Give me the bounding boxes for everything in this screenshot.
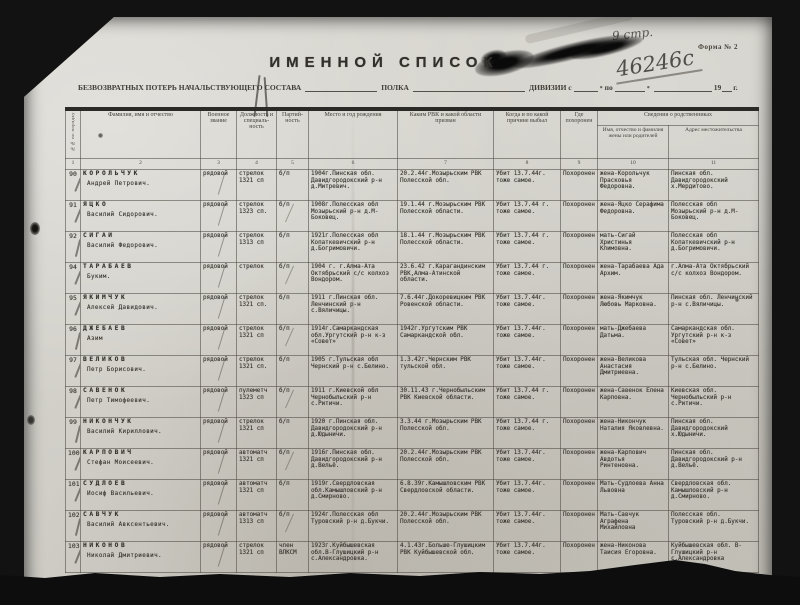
blank-underline: [305, 83, 377, 92]
given-name-text: Василий Федорович.: [83, 243, 198, 250]
name-cell: СИГАЙ Василий Федорович.: [81, 232, 201, 263]
given-name-text: Буким.: [83, 274, 198, 281]
row-number-cell: 98: [66, 387, 81, 418]
address-cell: Полесская обл Копаткевичский р-н д.Богри…: [669, 232, 759, 263]
rank-cell: рядовой: [201, 449, 237, 480]
relative-cell: Мать-Судлоева Анна Львовна: [598, 480, 669, 511]
duty-cell: стрелок 1321 сп: [237, 325, 277, 356]
fate-line2: тоже самое.: [496, 519, 558, 526]
relative-cell: жена-Никончук Наталия Яковлевна.: [598, 418, 669, 449]
column-number: 10: [598, 159, 669, 170]
pen-checkmark: [75, 425, 81, 443]
photo-background: { "colors":{"paper":"#d4d2cb","typed_ink…: [0, 0, 800, 605]
row-number-cell: 91: [66, 201, 81, 232]
row-number-cell: 99: [66, 418, 81, 449]
relative-cell: мать-Джебаева Датьма.: [598, 325, 669, 356]
fate-line1: Убит 13.7.44 г.: [496, 264, 558, 271]
rank-cell: рядовой: [201, 387, 237, 418]
pen-checkmark: [74, 208, 80, 222]
party-cell: б/п: [277, 387, 309, 418]
fate-cell: Убит 13.7.44г. тоже самое.: [494, 356, 561, 387]
table-row: 90 КОРОЛЬЧУК Андрей Петрович. рядовой ст…: [66, 170, 759, 201]
pen-checkmark: [74, 487, 80, 501]
fate-line2: тоже самое.: [496, 395, 558, 402]
name-cell: КАРПОВИЧ Стефан Моисеевич.: [81, 449, 201, 480]
fate-line2: тоже самое.: [496, 364, 558, 371]
given-name-text: Иосиф Васильевич.: [83, 491, 198, 498]
fate-line1: Убит 13.7.44г.: [496, 450, 558, 457]
col-group-relatives: Сведения о родственниках: [598, 109, 759, 126]
surname-text: НИКОНОВ: [83, 543, 198, 550]
torn-paper-edge: [0, 552, 800, 605]
duty-cell: пулеметч 1323 сп: [237, 387, 277, 418]
surname-text: НИКОНЧУК: [83, 419, 198, 426]
fate-line1: Убит 13.7.44г.: [496, 326, 558, 333]
col-header-duty: Должность и специаль­ность: [237, 109, 277, 159]
fate-cell: Убит 13.7.44 г. тоже самое.: [494, 263, 561, 294]
row-number-cell: 96: [66, 325, 81, 356]
given-name-text: Алексей Давидович.: [83, 305, 198, 312]
address-cell: Пинская обл. Давидгородокский х.Мердитов…: [669, 170, 759, 201]
fate-line1: Убит 13.7.44г.: [496, 171, 558, 178]
surname-text: САВЕНОК: [83, 388, 198, 395]
ink-spot: [735, 298, 739, 302]
fate-line1: Убит 13.7.44г.: [496, 481, 558, 488]
relative-cell: жена-Карпович Авдотья Ринтеновна.: [598, 449, 669, 480]
name-cell: КОРОЛЬЧУК Андрей Петрович.: [81, 170, 201, 201]
asterisk: *: [600, 86, 603, 92]
address-cell: Полесская обл Мозырьский р-н д.М-Боковец…: [669, 201, 759, 232]
rvk-cell: 20.2.44г.Мозырьским РВК Полесской обл.: [398, 170, 494, 201]
address-cell: Самаркандская обл. Ургутский р-н к-з «Со…: [669, 325, 759, 356]
name-cell: СУДЛОЕВ Иосиф Васильевич.: [81, 480, 201, 511]
fate-cell: Убит 13.7.44г. тоже самое.: [494, 294, 561, 325]
party-cell: б/п: [277, 449, 309, 480]
relative-cell: Мать-Савчук Аграфена Михайловна: [598, 511, 669, 542]
buried-cell: Похоронен: [561, 294, 598, 325]
table-row: 92 СИГАЙ Василий Федорович. рядовой стре…: [66, 232, 759, 263]
subtitle-po: по: [605, 83, 613, 92]
surname-text: КАРПОВИЧ: [83, 450, 198, 457]
buried-cell: Похоронен: [561, 387, 598, 418]
address-cell: Пинская обл. Давидгородокский х.Юдыничи.: [669, 418, 759, 449]
given-name-text: Андрей Петрович.: [83, 181, 198, 188]
row-number-cell: 101: [66, 480, 81, 511]
fate-line1: Убит 13.7.44г.: [496, 295, 558, 302]
row-number-cell: 95: [66, 294, 81, 325]
given-name-text: Василий Авксентьевич.: [83, 522, 198, 529]
pen-checkmark: [75, 239, 81, 257]
row-number-cell: 97: [66, 356, 81, 387]
duty-cell: автоматч 1313 сп: [237, 511, 277, 542]
fate-line2: тоже самое.: [496, 209, 558, 216]
fate-cell: Убит 13.7.44 г. тоже самое.: [494, 418, 561, 449]
buried-cell: Похоронен: [561, 325, 598, 356]
buried-cell: Похоронен: [561, 263, 598, 294]
rvk-cell: 20.2.44г.Мозырьским РВК Полесской обл.: [398, 511, 494, 542]
table-row: 91 ЯЦКО Василий Сидорович. рядовой стрел…: [66, 201, 759, 232]
fate-line1: Убит 13.7.44 г.: [496, 388, 558, 395]
col-header-relative: Имя, отчество и фамилия жены или родител…: [598, 126, 669, 159]
col-header-buried: Где похоронен: [561, 109, 598, 159]
address-cell: Полесская обл. Туровский р-н д.Букчи.: [669, 511, 759, 542]
table-row: 101 СУДЛОЕВ Иосиф Васильевич. рядовой ав…: [66, 480, 759, 511]
rvk-cell: 7.6.44г.Докоревиц­ким РВК Ровенской обла…: [398, 294, 494, 325]
rvk-cell: 3.3.44 г.Мозырьским РВК Полесской обл.: [398, 418, 494, 449]
fate-cell: Убит 13.7.44 г. тоже самое.: [494, 387, 561, 418]
surname-text: ТАРАБАЕВ: [83, 264, 198, 271]
address-cell: Тульская обл. Чернский р-н с.Белино.: [669, 356, 759, 387]
address-cell: Киевская обл. Чернобыльский р-н с.Ритичи…: [669, 387, 759, 418]
buried-cell: Похоронен: [561, 418, 598, 449]
fate-line2: тоже самое.: [496, 426, 558, 433]
form-number-label: Форма № 2: [698, 43, 738, 51]
duty-cell: автоматч 1321 сп: [237, 449, 277, 480]
pen-checkmark: [74, 394, 80, 408]
duty-cell: стрелок 1323 сп.: [237, 201, 277, 232]
row-number-cell: 100: [66, 449, 81, 480]
buried-cell: Похоронен: [561, 201, 598, 232]
name-cell: НИКОНЧУК Василий Кириллович.: [81, 418, 201, 449]
buried-cell: Похоронен: [561, 232, 598, 263]
rank-cell: рядовой: [201, 294, 237, 325]
rvk-cell: 20.2.44г.Мозырьским РВК Полесской обл.: [398, 449, 494, 480]
party-cell: б/п: [277, 480, 309, 511]
blank-underline: [654, 83, 712, 92]
fate-line2: тоже самое.: [496, 302, 558, 309]
form-subtitle-line: БЕЗВОЗВРАТНЫХ ПОТЕРЬ НАЧАЛЬСТВУЮЩЕГО СОС…: [78, 83, 746, 92]
pen-checkmark: [74, 177, 80, 191]
fate-line1: Убит 13.7.44 г.: [496, 202, 558, 209]
duty-cell: автоматч 1321 сп: [237, 480, 277, 511]
column-number: 9: [561, 159, 598, 170]
document-paper: Форма № 2 9 стр. 46246с ИМЕННОЙ СПИСОК Б…: [24, 17, 772, 605]
address-cell: Пинская обл. Давидгородокский р-н д.Вель…: [669, 449, 759, 480]
row-number-cell: 94: [66, 263, 81, 294]
subtitle-year-suffix: г.: [733, 83, 737, 92]
party-cell: б/п: [277, 418, 309, 449]
ink-spot: [98, 133, 103, 138]
surname-text: ЯКИМЧУК: [83, 295, 198, 302]
rvk-cell: 18.1.44 г.Мозырьским РВК Полесской облас…: [398, 232, 494, 263]
duty-cell: стрелок 1321 сп.: [237, 294, 277, 325]
relative-cell: жена-Яцко Серафима Федоровна.: [598, 201, 669, 232]
rvk-cell: 23.6.42 г.Карагандин­ским РВК,Алма-Атинс…: [398, 263, 494, 294]
duty-cell: стрелок 1321 сп.: [237, 356, 277, 387]
fate-cell: Убит 13.7.44г. тоже самое.: [494, 449, 561, 480]
surname-text: КОРОЛЬЧУК: [83, 171, 198, 178]
table-row: 98 САВЕНОК Петр Тимофеевич. рядовой пуле…: [66, 387, 759, 418]
fate-line2: тоже самое.: [496, 488, 558, 495]
buried-cell: Похоронен: [561, 356, 598, 387]
col-header-rvk: Каким РВК и какой области призван: [398, 109, 494, 159]
relative-cell: жена-Савенок Елена Карповна.: [598, 387, 669, 418]
given-name-text: Азим: [83, 336, 198, 343]
fate-cell: Убит 13.7.44г. тоже самое.: [494, 325, 561, 356]
blank-underline: [615, 83, 645, 92]
relative-cell: жена-Якимчук Любовь Марковна.: [598, 294, 669, 325]
column-number: 3: [201, 159, 237, 170]
blank-underline: [413, 83, 525, 92]
surname-text: СУДЛОЕВ: [83, 481, 198, 488]
duty-cell: стрелок: [237, 263, 277, 294]
name-cell: ЯЦКО Василий Сидорович.: [81, 201, 201, 232]
party-cell: б/п: [277, 325, 309, 356]
surname-text: САВЧУК: [83, 512, 198, 519]
address-cell: Свердловская обл. Камышловский р-н д.Сми…: [669, 480, 759, 511]
table-row: 96 ДЖЕБАЕВ Азим рядовой стрелок 1321 сп …: [66, 325, 759, 356]
relative-cell: жена-Корольчук Прасковья Федоровна.: [598, 170, 669, 201]
fate-cell: Убит 13.7.44г. тоже самое.: [494, 480, 561, 511]
relative-cell: мать-Сигай Христинья Климовна.: [598, 232, 669, 263]
column-number: 2: [81, 159, 201, 170]
subtitle-text: БЕЗВОЗВРАТНЫХ ПОТЕРЬ НАЧАЛЬСТВУЮЩЕГО СОС…: [78, 83, 301, 92]
fate-line1: Убит 13.7.44г.: [496, 543, 558, 550]
table-row: 99 НИКОНЧУК Василий Кириллович. рядовой …: [66, 418, 759, 449]
row-number-cell: 90: [66, 170, 81, 201]
rank-cell: рядовой: [201, 418, 237, 449]
party-cell: б/п: [277, 170, 309, 201]
fate-line1: Убит 13.7.44 г.: [496, 419, 558, 426]
rank-cell: рядовой: [201, 480, 237, 511]
col-header-fate: Когда и по какой причине выбыл: [494, 109, 561, 159]
rank-cell: рядовой: [201, 511, 237, 542]
fate-line1: Убит 13.7.44 г.: [496, 233, 558, 240]
fate-cell: Убит 13.7.44 г. тоже самое.: [494, 201, 561, 232]
buried-cell: Похоронен: [561, 449, 598, 480]
party-cell: б/п: [277, 263, 309, 294]
relative-cell: жена-Великова Анастасия Дмитриевна.: [598, 356, 669, 387]
column-number: 11: [669, 159, 759, 170]
pen-checkmark: [74, 301, 80, 315]
col-header-address: Адрес местожительства: [669, 126, 759, 159]
name-cell: ВЕЛИКОВ Петр Борисович.: [81, 356, 201, 387]
buried-cell: Похоронен: [561, 480, 598, 511]
ink-spot: [30, 222, 40, 235]
surname-text: ЯЦКО: [83, 202, 198, 209]
buried-cell: Похоронен: [561, 511, 598, 542]
fate-line2: тоже самое.: [496, 333, 558, 340]
relative-cell: жена-Тарабаева Ада Архим.: [598, 263, 669, 294]
rank-cell: рядовой: [201, 232, 237, 263]
pen-checkmark: [75, 332, 81, 350]
table-row: 100 КАРПОВИЧ Стефан Моисеевич. рядовой а…: [66, 449, 759, 480]
fate-line1: Убит 13.7.44г.: [496, 512, 558, 519]
fate-line2: тоже самое.: [496, 240, 558, 247]
row-number-cell: 92: [66, 232, 81, 263]
name-cell: САВЧУК Василий Авксентьевич.: [81, 511, 201, 542]
rvk-cell: 30.11.43 г.Чернобыль­ским РВК Киевской о…: [398, 387, 494, 418]
rank-cell: рядовой: [201, 263, 237, 294]
fate-cell: Убит 13.7.44г. тоже самое.: [494, 170, 561, 201]
blank-underline: [574, 83, 598, 92]
column-number: 7: [398, 159, 494, 170]
given-name-text: Василий Сидорович.: [83, 212, 198, 219]
address-cell: Пинская обл. Ленчинский р-н с.Вяличицы.: [669, 294, 759, 325]
given-name-text: Стефан Моисеевич.: [83, 460, 198, 467]
table-body: 90 КОРОЛЬЧУК Андрей Петрович. рядовой ст…: [66, 170, 759, 573]
document-title: ИМЕННОЙ СПИСОК: [10, 54, 758, 71]
name-cell: ЯКИМЧУК Алексей Давидович.: [81, 294, 201, 325]
name-cell: САВЕНОК Петр Тимофеевич.: [81, 387, 201, 418]
table-row: 95 ЯКИМЧУК Алексей Давидович. рядовой ст…: [66, 294, 759, 325]
subtitle-divizii: ДИВИЗИИ с: [529, 83, 572, 92]
fate-line1: Убит 13.7.44г.: [496, 357, 558, 364]
duty-cell: стрелок 1313 сп: [237, 232, 277, 263]
col-header-number: №№ по порядку: [66, 109, 81, 159]
given-name-text: Петр Борисович.: [83, 367, 198, 374]
party-cell: б/п: [277, 201, 309, 232]
pen-checkmark: [75, 518, 81, 536]
duty-cell: стрелок 1321 сп: [237, 170, 277, 201]
pen-checkmark: [74, 270, 80, 284]
table-header: №№ по порядку Фамилия, имя и отчество Во…: [66, 109, 759, 170]
pen-checkmark: [74, 363, 80, 377]
rvk-cell: 1942г.Ургутским РВК Самаркандской обл.: [398, 325, 494, 356]
buried-cell: Похоронен: [561, 170, 598, 201]
pen-checkmark: [74, 456, 80, 470]
rank-cell: рядовой: [201, 170, 237, 201]
rank-cell: рядовой: [201, 201, 237, 232]
surname-text: ВЕЛИКОВ: [83, 357, 198, 364]
rank-cell: рядовой: [201, 356, 237, 387]
party-cell: б/п: [277, 356, 309, 387]
party-cell: б/п: [277, 511, 309, 542]
address-cell: г.Алма-Ата Октябрьский с/с колхоз Вондор…: [669, 263, 759, 294]
surname-text: ДЖЕБАЕВ: [83, 326, 198, 333]
given-name-text: Петр Тимофеевич.: [83, 398, 198, 405]
subtitle-year: 19: [714, 83, 722, 92]
fate-line2: тоже самое.: [496, 178, 558, 185]
table-row: 94 ТАРАБАЕВ Буким. рядовой стрелок б/п 1…: [66, 263, 759, 294]
subtitle-polka: ПОЛКА: [381, 83, 409, 92]
rvk-cell: 1.3.42г.Чернским РВК тульской обл.: [398, 356, 494, 387]
ink-spot: [27, 415, 35, 425]
party-cell: б/п: [277, 232, 309, 263]
col-header-party: Партий­ность: [277, 109, 309, 159]
given-name-text: Василий Кириллович.: [83, 429, 198, 436]
table-row: 102 САВЧУК Василий Авксентьевич. рядовой…: [66, 511, 759, 542]
paper-crease: [352, 109, 354, 577]
col-header-rank: Военное звание: [201, 109, 237, 159]
fate-cell: Убит 13.7.44 г. тоже самое.: [494, 232, 561, 263]
asterisk: *: [647, 86, 650, 92]
name-cell: ДЖЕБАЕВ Азим: [81, 325, 201, 356]
column-number: 5: [277, 159, 309, 170]
party-cell: б/п: [277, 294, 309, 325]
rvk-cell: 19.1.44 г.Мозырьским РВК Полесской облас…: [398, 201, 494, 232]
surname-text: СИГАЙ: [83, 233, 198, 240]
duty-cell: стрелок 1321 сп: [237, 418, 277, 449]
fate-line2: тоже самое.: [496, 271, 558, 278]
table-row: 97 ВЕЛИКОВ Петр Борисович. рядовой стрел…: [66, 356, 759, 387]
column-number: 1: [66, 159, 81, 170]
rank-cell: рядовой: [201, 325, 237, 356]
rvk-cell: 6.8.39г.Камышловским РВК Свердловской об…: [398, 480, 494, 511]
row-number-cell: 102: [66, 511, 81, 542]
blank-underline: [722, 83, 732, 92]
name-cell: ТАРАБАЕВ Буким.: [81, 263, 201, 294]
column-number: 8: [494, 159, 561, 170]
fate-cell: Убит 13.7.44г. тоже самое.: [494, 511, 561, 542]
column-number: 4: [237, 159, 277, 170]
fate-line2: тоже самое.: [496, 457, 558, 464]
casualty-table: №№ по порядку Фамилия, имя и отчество Во…: [65, 107, 759, 573]
